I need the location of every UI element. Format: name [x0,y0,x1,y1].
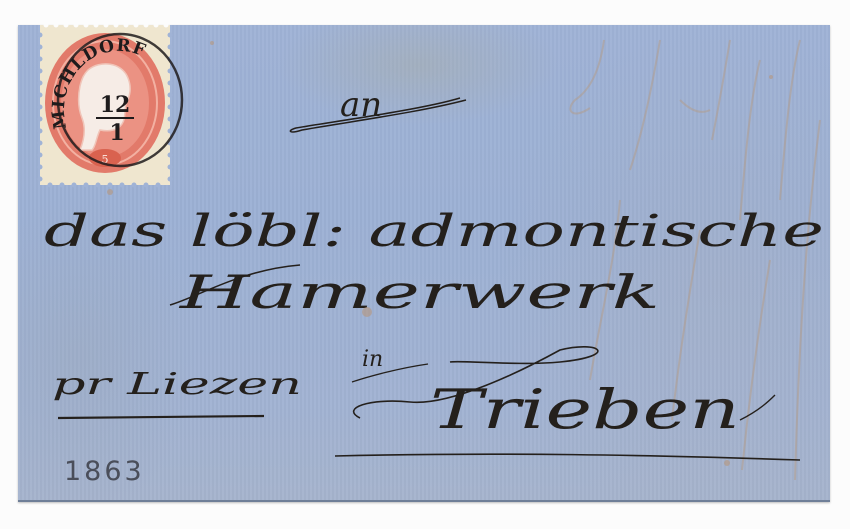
preposition: in [362,347,383,372]
routing-underline [58,416,264,418]
photo-scene: 5 MICHLDORF 12 1 an das löbl: admontisch… [0,0,850,529]
address-line-2: Hamerwerk [178,265,660,319]
postmark-month: 1 [109,120,124,146]
pencil-year-annotation: 1863 [64,456,145,487]
destination-underline [335,454,800,460]
cover-markings: 5 MICHLDORF 12 1 an das löbl: admontisch… [0,0,850,529]
routing-line: pr Liezen [52,367,302,402]
address-line-1: das löbl: admontische [44,206,824,257]
salutation: an [340,85,382,125]
postmark-day: 12 [100,92,131,118]
destination: Trieben [430,378,740,441]
